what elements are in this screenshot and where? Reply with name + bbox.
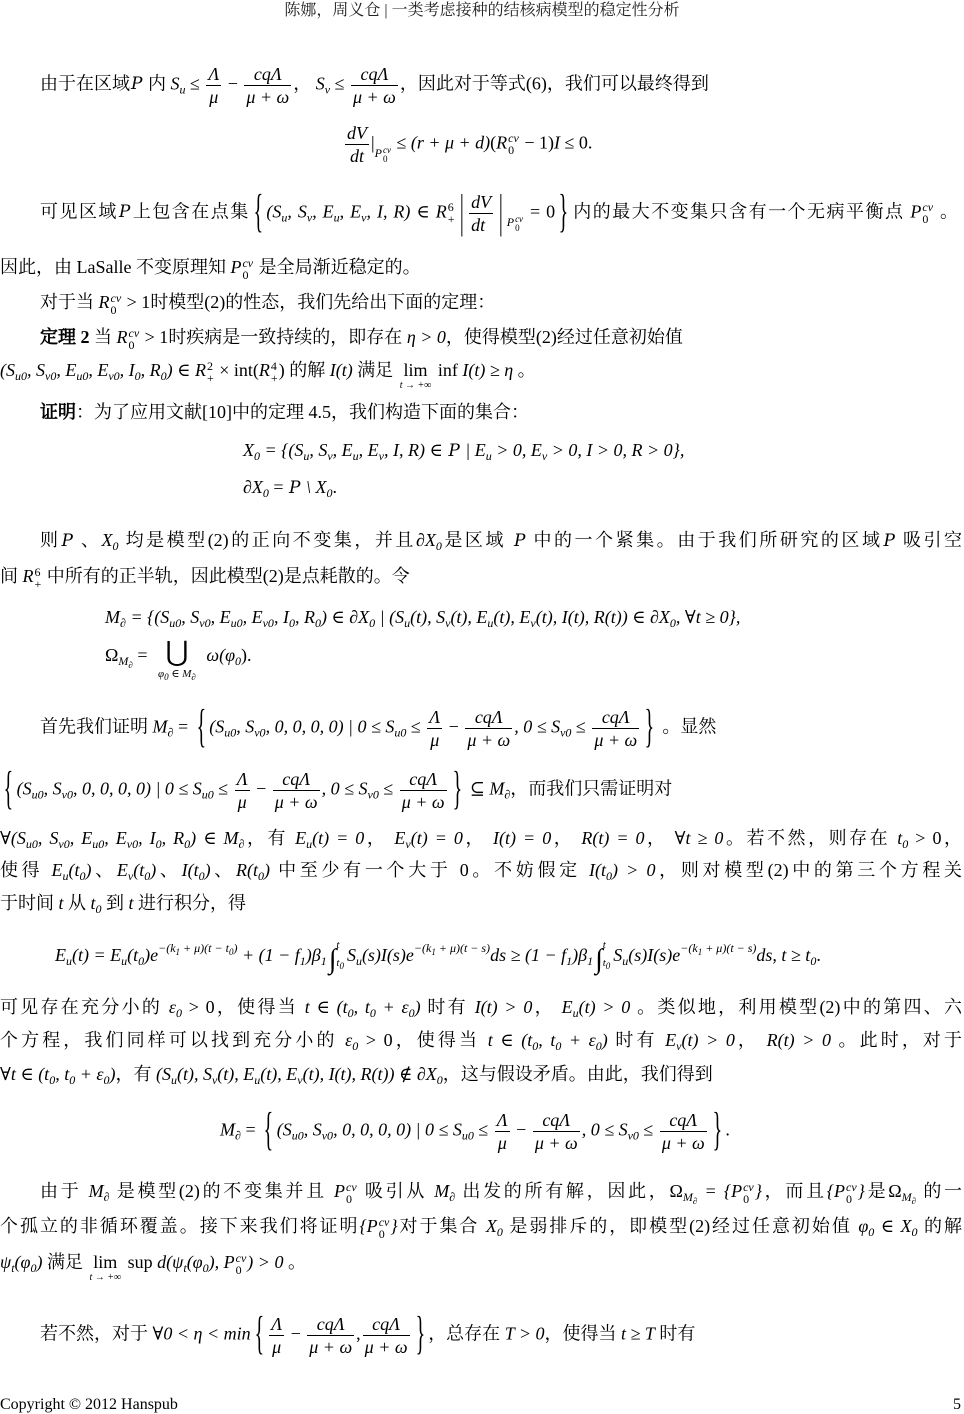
lower-limit: t0 bbox=[603, 954, 611, 975]
sup-sub: cv0 bbox=[383, 146, 391, 164]
math-operator: ≤ bbox=[406, 716, 425, 736]
math-operator: = 0 bbox=[524, 201, 555, 221]
math: P bbox=[230, 257, 241, 277]
math: (t), I(t), R(t)) ∉ ∂X bbox=[303, 1064, 437, 1084]
integral-limits: tt0 bbox=[603, 936, 611, 975]
text: 。 bbox=[934, 201, 958, 221]
math-operator: − bbox=[512, 1119, 531, 1139]
math: t ∈ (t bbox=[305, 997, 348, 1017]
subscript: u0 bbox=[15, 369, 27, 383]
lower-limit: t0 bbox=[336, 954, 344, 975]
subscript: v0 bbox=[560, 725, 571, 739]
fraction: dVdt bbox=[469, 191, 493, 236]
text: 中的一个紧集。由于我们所研究的区域 bbox=[526, 530, 882, 550]
subscript: u0 bbox=[224, 725, 236, 739]
denominator: μ + ω bbox=[660, 1132, 707, 1154]
subscript: Pcv0 bbox=[375, 141, 392, 165]
region-symbol: P bbox=[448, 441, 459, 461]
math-operator: > 0 bbox=[908, 828, 941, 848]
paragraph-line: 个孤立的非循环覆盖。接下来我们将证明{Pcv0}对于集合 X0 是弱排斥的，即模… bbox=[0, 1217, 962, 1241]
text: 于时间 bbox=[0, 893, 59, 913]
text: 是弱排斥的，即模型(2)经过任意初始值 bbox=[503, 1216, 858, 1236]
math: φ bbox=[858, 1216, 868, 1236]
subscript: u0 bbox=[202, 787, 214, 801]
text: 、 bbox=[211, 860, 236, 880]
math: , I, R) bbox=[366, 201, 410, 221]
math: I(t) > 0 bbox=[475, 997, 533, 1017]
math: X bbox=[486, 1216, 497, 1236]
math: (t) = 0 bbox=[312, 828, 364, 848]
subscript: u0 bbox=[32, 787, 44, 801]
text: 、 bbox=[74, 530, 102, 550]
subscript: 0 bbox=[383, 155, 391, 164]
math: (S bbox=[266, 201, 281, 221]
sup-sub: cv0 bbox=[846, 1181, 857, 1205]
math: {P bbox=[827, 1181, 845, 1201]
text: 则 bbox=[40, 530, 61, 550]
math: (s)I(s)e bbox=[628, 945, 680, 965]
subscript: 0 bbox=[339, 961, 344, 971]
math: (t), S bbox=[410, 607, 445, 627]
math: , S bbox=[236, 716, 254, 736]
numerator: cqΛ bbox=[660, 1109, 707, 1132]
brace: } bbox=[415, 1302, 425, 1364]
math-operator: = bbox=[269, 477, 288, 497]
math: (t), S bbox=[177, 1064, 212, 1084]
math: M bbox=[105, 607, 120, 627]
denominator: μ + ω bbox=[351, 86, 398, 108]
brace: { bbox=[264, 1098, 274, 1160]
text: 均是模型(2)的正向不变集，并且 bbox=[119, 530, 416, 550]
fraction: cqΛμ + ω bbox=[660, 1109, 707, 1154]
superscript: cv bbox=[236, 1252, 247, 1264]
math: , S bbox=[27, 360, 45, 380]
region-symbol: P bbox=[131, 74, 142, 94]
math: > 0, I > 0, R > 0}, bbox=[547, 440, 684, 460]
math: (t), E bbox=[260, 1064, 297, 1084]
math: I(t bbox=[182, 860, 199, 880]
math: t ≥ T bbox=[621, 1323, 655, 1343]
math-operator: . bbox=[725, 1119, 730, 1139]
superscript: 2 bbox=[207, 360, 214, 372]
math: } bbox=[755, 1181, 762, 1201]
text: 。 bbox=[513, 360, 536, 380]
math-operator: ≤ bbox=[185, 73, 204, 93]
fraction: cqΛμ + ω bbox=[273, 768, 320, 813]
fraction: Λμ bbox=[235, 768, 250, 813]
text: 使得 bbox=[0, 860, 52, 880]
line-content: 由于在区域P 内 Su ≤ Λμ − cqΛμ + ω， Sv ≤ cqΛμ +… bbox=[40, 63, 709, 108]
math: | E bbox=[461, 440, 486, 460]
math: I(t) bbox=[330, 360, 353, 380]
upper-limit: t bbox=[336, 936, 344, 954]
sup-sub: cv0 bbox=[922, 201, 933, 225]
math: ) > 0 bbox=[612, 860, 656, 880]
text: ，而我们只需证明对 bbox=[510, 778, 672, 798]
math-operator: ≤ bbox=[214, 778, 233, 798]
math-operator: ). bbox=[241, 645, 252, 665]
line-content: 于时间 t 从 t0 到 t 进行积分，得 bbox=[0, 891, 246, 921]
math: I(t bbox=[589, 860, 606, 880]
math: I(t) = 0 bbox=[493, 828, 551, 848]
equation-content: ΩM∂ = ⋃φ0 ∈ M∂ ω(φ0). bbox=[105, 638, 252, 683]
math: , I, R) ∈ bbox=[384, 440, 447, 460]
math: , t bbox=[354, 997, 370, 1017]
paragraph-line: 因此，由 LaSalle 不变原理知 Pcv0 是全局渐近稳定的。 bbox=[0, 256, 421, 280]
brace: { bbox=[4, 757, 14, 819]
text: 满足 bbox=[353, 360, 398, 380]
subscript: u0 bbox=[92, 837, 104, 851]
text: 个方程，我们同样可以找到充分小的 bbox=[0, 1030, 345, 1050]
union-index: φ0 ∈ M∂ bbox=[158, 668, 196, 683]
subscript-text: M bbox=[683, 1190, 693, 1204]
fraction: Λμ bbox=[427, 706, 442, 751]
math-operator: − 1) bbox=[520, 132, 554, 152]
text: ，则对模型(2)中的第三个方程关 bbox=[656, 860, 963, 880]
subscript: 0 bbox=[242, 269, 253, 281]
subscript: v0 bbox=[58, 837, 69, 851]
math: , 0 ≤ S bbox=[514, 716, 560, 736]
line-content: 可见存在充分小的 ε0 > 0，使得当 t ∈ (t0, t0 + ε0) 时有… bbox=[0, 995, 962, 1025]
subscript: v0 bbox=[263, 616, 274, 630]
paragraph-line: 由于 M∂ 是模型(2)的不变集并且 Pcv0 吸引从 M∂ 出发的所有解，因此… bbox=[40, 1184, 962, 1208]
math-operator: × int( bbox=[215, 360, 259, 380]
math: (S bbox=[209, 716, 224, 736]
math-operator: ≤ bbox=[379, 778, 398, 798]
fraction: Λμ bbox=[206, 63, 221, 108]
math: ) > 0 bbox=[247, 1252, 283, 1272]
text: 进行积分，得 bbox=[134, 893, 247, 913]
line-content: {(Su0, Sv0, 0, 0, 0, 0) | 0 ≤ Su0 ≤ Λμ −… bbox=[0, 768, 672, 813]
math-operator: . bbox=[816, 945, 821, 965]
text: 中所有的正半轨，因此模型(2)是点耗散的。令 bbox=[42, 566, 410, 586]
math: , 0 ≤ S bbox=[322, 778, 368, 798]
subscript: u0 bbox=[394, 725, 406, 739]
subscript: 0 bbox=[606, 961, 611, 971]
text: ：为了应用文献[10]中的定理 4.5，我们构造下面的集合： bbox=[76, 402, 529, 422]
text: ， bbox=[551, 828, 581, 848]
text: ， bbox=[293, 73, 316, 93]
math-operator: = bbox=[241, 1119, 260, 1139]
text: 首先我们证明 bbox=[40, 716, 153, 736]
math: , E bbox=[312, 201, 333, 221]
math: ∂X bbox=[243, 477, 263, 497]
math: R(t bbox=[236, 860, 258, 880]
line-content: 则P 、X0 均是模型(2)的正向不变集，并且∂X0是区域 P 中的一个紧集。由… bbox=[40, 528, 962, 558]
text: 满足 bbox=[42, 1252, 87, 1272]
sup-sub: cv0 bbox=[508, 132, 519, 156]
equation-boundary-x0: ∂X0 = P \ X0. bbox=[243, 478, 337, 502]
line-content: 个孤立的非循环覆盖。接下来我们将证明{Pcv0}对于集合 X0 是弱排斥的，即模… bbox=[0, 1214, 962, 1244]
math: (s)I(s)e bbox=[362, 945, 414, 965]
subscript: ∂ bbox=[191, 672, 195, 682]
math: , E bbox=[211, 607, 231, 627]
math: M bbox=[434, 1181, 449, 1201]
text: 。类似地，利用模型(2)中的第四、六 bbox=[630, 997, 962, 1017]
line-content: ∀(Su0, Sv0, Eu0, Ev0, I0, R0) ∈ M∂，有 Eu(… bbox=[0, 826, 962, 856]
text: 出发的所有解，因此， bbox=[455, 1181, 669, 1201]
paragraph-line: 首先我们证明 M∂ = {(Su0, Sv0, 0, 0, 0, 0) | 0 … bbox=[40, 698, 716, 758]
theorem-label: 定理 2 bbox=[40, 327, 90, 347]
text: 吸引空 bbox=[896, 530, 962, 550]
math: {P bbox=[359, 1216, 377, 1236]
fraction: cqΛμ + ω bbox=[363, 1313, 410, 1358]
math: )β bbox=[572, 945, 587, 965]
text: 间 bbox=[0, 566, 23, 586]
math: (φ bbox=[15, 1252, 31, 1272]
math: P bbox=[375, 146, 382, 160]
math: , E bbox=[359, 440, 379, 460]
line-content: (Su0, Sv0, Eu0, Ev0, I0, R0) ∈ R2+ × int… bbox=[0, 358, 536, 391]
math: , 0, 0, 0, 0) | 0 ≤ S bbox=[73, 778, 202, 798]
math: (S bbox=[156, 1064, 171, 1084]
region-symbol: P bbox=[514, 531, 525, 551]
math: (t), E bbox=[493, 607, 530, 627]
math: R(t) > 0 bbox=[767, 1030, 831, 1050]
text: 由于 bbox=[40, 1181, 89, 1201]
text: 是区域 bbox=[442, 530, 513, 550]
text: 是全局渐近稳定的。 bbox=[254, 257, 421, 277]
subscript: v0 bbox=[45, 369, 56, 383]
math: X bbox=[102, 530, 113, 550]
math-operator: = bbox=[173, 716, 192, 736]
text: 当 bbox=[90, 327, 117, 347]
numerator: Λ bbox=[269, 1313, 284, 1336]
line-content: 间 R6+ 中所有的正半轨，因此模型(2)是点耗散的。令 bbox=[0, 564, 410, 590]
subscript: v0 bbox=[62, 787, 73, 801]
denominator: μ + ω bbox=[533, 1132, 580, 1154]
math: = {(S bbox=[126, 607, 169, 627]
upper-limit: t bbox=[603, 936, 611, 954]
sup-sub: cv0 bbox=[515, 215, 523, 233]
math: , S bbox=[44, 778, 62, 798]
paragraph-line: 可见存在充分小的 ε0 > 0，使得当 t ∈ (t0, t0 + ε0) 时有… bbox=[0, 998, 962, 1022]
text: ，使得当 bbox=[545, 1323, 622, 1343]
math: R(t) = 0 bbox=[581, 828, 644, 848]
superscript: 4 bbox=[271, 360, 278, 372]
equation-content: M∂ = {(Su0, Sv0, Eu0, Ev0, I0, R0) ∈ ∂X0… bbox=[105, 605, 740, 635]
numerator: cqΛ bbox=[273, 768, 320, 791]
equation-content: M∂ = {(Su0, Sv0, 0, 0, 0, 0) | 0 ≤ Su0 ≤… bbox=[220, 1109, 730, 1154]
math: E bbox=[562, 997, 573, 1017]
subscript: u0 bbox=[292, 1128, 304, 1142]
theorem-line: (Su0, Sv0, Eu0, Ev0, I0, R0) ∈ R2+ × int… bbox=[0, 356, 536, 392]
brace: { bbox=[254, 1302, 264, 1364]
math: , S bbox=[38, 828, 59, 848]
text: 从 bbox=[64, 893, 91, 913]
math: I(t) ≥ η bbox=[462, 360, 513, 380]
math: , S bbox=[309, 440, 327, 460]
exponent: −(k1 + μ)(t − s) bbox=[414, 941, 490, 955]
text: ， bbox=[645, 828, 675, 848]
text: ，有 bbox=[244, 828, 295, 848]
numerator: cqΛ bbox=[465, 706, 512, 729]
exponent: −(k1 + μ)(t − t0) bbox=[158, 941, 237, 955]
sup-sub: cv0 bbox=[346, 1181, 357, 1205]
text: ，而且 bbox=[762, 1181, 827, 1201]
denominator: μ + ω bbox=[307, 1336, 354, 1358]
subscript-text: M bbox=[118, 654, 128, 668]
sup-sub: 2+ bbox=[207, 360, 214, 384]
denominator: μ + ω bbox=[400, 791, 447, 813]
numerator: cqΛ bbox=[400, 768, 447, 791]
paragraph-line: 于时间 t 从 t0 到 t 进行积分，得 bbox=[0, 894, 246, 918]
math: , E bbox=[70, 828, 93, 848]
text: ，使得当 bbox=[393, 1030, 488, 1050]
denominator: μ bbox=[235, 791, 250, 813]
math: , S bbox=[181, 607, 199, 627]
math: ∀(S bbox=[0, 828, 26, 848]
fraction: Λμ bbox=[269, 1313, 284, 1358]
subscript: v0 bbox=[254, 725, 265, 739]
denominator: μ bbox=[269, 1336, 284, 1358]
math: E bbox=[52, 860, 63, 880]
subscript: Pcv0 bbox=[507, 210, 524, 234]
subscript: 0 bbox=[129, 339, 140, 351]
exponent-text: + μ)(t − s) bbox=[702, 941, 756, 955]
math: S bbox=[347, 945, 356, 965]
text: 个孤立的非循环覆盖。接下来我们将证明 bbox=[0, 1216, 359, 1236]
sup-sub: 4+ bbox=[271, 360, 278, 384]
text: ， bbox=[364, 828, 394, 848]
numerator: cqΛ bbox=[244, 63, 291, 86]
line-content: ψt(φ0) 满足 limt → +∞ sup d(ψt(φ0), Pcv0) … bbox=[0, 1250, 306, 1283]
numerator: Λ bbox=[235, 768, 250, 791]
sup-sub: cv0 bbox=[111, 292, 122, 316]
math: , E bbox=[56, 360, 76, 380]
exponent-text: −(k bbox=[414, 941, 431, 955]
exponent-text: + μ)(t − s) bbox=[436, 941, 490, 955]
subscript: v0 bbox=[368, 787, 379, 801]
integral-sign: ∫ bbox=[329, 948, 337, 972]
subscript: 0 bbox=[846, 1193, 857, 1205]
math: (t bbox=[133, 860, 144, 880]
paragraph-line: {(Su0, Sv0, 0, 0, 0, 0) | 0 ≤ Su0 ≤ Λμ −… bbox=[0, 760, 672, 820]
denominator: μ + ω bbox=[592, 729, 639, 751]
math: P bbox=[334, 1181, 345, 1201]
subscript: v0 bbox=[199, 616, 210, 630]
equation-m-boundary: M∂ = {(Su0, Sv0, Eu0, Ev0, I0, R0) ∈ ∂X0… bbox=[105, 608, 740, 632]
math: ω(φ bbox=[202, 645, 235, 665]
subscript: v0 bbox=[127, 837, 138, 851]
math: = {P bbox=[697, 1181, 742, 1201]
text: 上包含在点集 bbox=[131, 201, 249, 221]
math-operator: > 1 bbox=[122, 292, 150, 312]
paragraph-line: 由于在区域P 内 Su ≤ Λμ − cqΛμ + ω， Sv ≤ cqΛμ +… bbox=[40, 57, 709, 113]
fraction: cqΛμ + ω bbox=[400, 768, 447, 813]
denominator: dt bbox=[469, 214, 493, 236]
paragraph-line: 使得 Eu(t0)、Ev(t0)、I(t0)、R(t0) 中至少有一个大于 0。… bbox=[0, 861, 962, 885]
denominator: μ bbox=[206, 86, 221, 108]
subscript: v0 bbox=[628, 1128, 639, 1142]
numerator: dV bbox=[345, 122, 369, 145]
math-operator: > 1 bbox=[140, 327, 168, 347]
math: , E bbox=[333, 440, 353, 460]
fraction: cqΛμ + ω bbox=[533, 1109, 580, 1154]
text: ，使得模型(2)经过任意初始值 bbox=[446, 327, 683, 347]
subscript: u0 bbox=[26, 837, 38, 851]
proof-line: 证明：为了应用文献[10]中的定理 4.5，我们构造下面的集合： bbox=[40, 400, 529, 424]
math-operator: − bbox=[252, 778, 271, 798]
exponent: −(k1 + μ)(t − s) bbox=[680, 941, 756, 955]
text: 是模型(2)的不变集并且 bbox=[110, 1181, 334, 1201]
text: 是 bbox=[865, 1181, 888, 1201]
math: ε bbox=[169, 997, 176, 1017]
text: 因此，由 LaSalle 不变原理知 bbox=[0, 257, 230, 277]
line-content: 由于 M∂ 是模型(2)的不变集并且 Pcv0 吸引从 M∂ 出发的所有解，因此… bbox=[40, 1179, 962, 1213]
text: 。若不然，则存在 bbox=[723, 828, 897, 848]
text: 对于当 bbox=[40, 292, 99, 312]
numerator: cqΛ bbox=[592, 706, 639, 729]
line-content: 定理 2 当 Rcv0 > 1时疾病是一致持续的，即存在 η > 0，使得模型(… bbox=[40, 325, 683, 351]
text: ，因此对于等式(6)，我们可以最终得到 bbox=[400, 73, 709, 93]
denominator: μ bbox=[495, 1132, 510, 1154]
limit-operator: limt → +∞ bbox=[89, 1252, 121, 1283]
brace: { bbox=[253, 180, 263, 242]
subscript: + bbox=[448, 213, 455, 225]
math: ds ≥ (1 − f bbox=[490, 945, 566, 965]
math: = {(S bbox=[260, 440, 303, 460]
math: t ∈ (t bbox=[488, 1030, 533, 1050]
math: E bbox=[55, 945, 66, 965]
subscript: M∂ bbox=[902, 1190, 916, 1204]
denominator: μ + ω bbox=[363, 1336, 410, 1358]
math: P bbox=[507, 215, 514, 229]
math: (S bbox=[277, 1119, 292, 1139]
text: 。显然 bbox=[658, 716, 717, 736]
line-content: 个方程，我们同样可以找到充分小的 ε0 > 0，使得当 t ∈ (t0, t0 … bbox=[0, 1028, 962, 1058]
denominator: μ + ω bbox=[273, 791, 320, 813]
math: Ω bbox=[105, 645, 118, 665]
equation-content: Eu(t) = Eu(t0)e−(k1 + μ)(t − t0) + (1 − … bbox=[55, 936, 821, 975]
math: (t) > 0 bbox=[579, 997, 631, 1017]
vertical-bar: | bbox=[499, 180, 503, 242]
math: (S bbox=[0, 360, 15, 380]
subscript: v0 bbox=[108, 369, 119, 383]
math: (φ bbox=[187, 1252, 203, 1272]
paragraph-line: ψt(φ0) 满足 limt → +∞ sup d(ψt(φ0), Pcv0) … bbox=[0, 1248, 306, 1284]
text: 由于在区域 bbox=[40, 73, 130, 93]
brace: } bbox=[559, 180, 569, 242]
text: 时有 bbox=[655, 1323, 696, 1343]
paragraph-line: 个方程，我们同样可以找到充分小的 ε0 > 0，使得当 t ∈ (t0, t0 … bbox=[0, 1031, 962, 1055]
subscript: v0 bbox=[322, 1128, 333, 1142]
math-operator: ≤ 0. bbox=[560, 132, 592, 152]
math: S bbox=[316, 73, 325, 93]
math: M bbox=[220, 1119, 235, 1139]
exponent-text: −(k bbox=[680, 941, 697, 955]
line-content: 证明：为了应用文献[10]中的定理 4.5，我们构造下面的集合： bbox=[40, 400, 529, 424]
subscript-text: M bbox=[902, 1190, 912, 1204]
equation-content: dVdt|Pcv0 ≤ (r + μ + d)(Rcv0 − 1)I ≤ 0. bbox=[343, 122, 592, 167]
numerator: cqΛ bbox=[533, 1109, 580, 1132]
text: 。此时，对于 bbox=[831, 1030, 962, 1050]
subscript: + bbox=[271, 372, 278, 384]
math: ⊆ M bbox=[465, 778, 504, 798]
numerator: cqΛ bbox=[307, 1313, 354, 1336]
math: + (1 − f bbox=[237, 945, 299, 965]
region-symbol: P bbox=[289, 478, 300, 498]
math: ds, t ≥ t bbox=[756, 945, 810, 965]
math: M bbox=[153, 716, 168, 736]
subscript: 0 bbox=[236, 1264, 247, 1276]
math-operator: = bbox=[133, 645, 152, 665]
math: } bbox=[858, 1181, 865, 1201]
sup-sub: 6+ bbox=[448, 201, 455, 225]
math-operator: ≤ bbox=[639, 1119, 658, 1139]
text: 内的最大不变集只含有一个无病平衡点 bbox=[572, 201, 911, 221]
vertical-bar: | bbox=[459, 180, 463, 242]
